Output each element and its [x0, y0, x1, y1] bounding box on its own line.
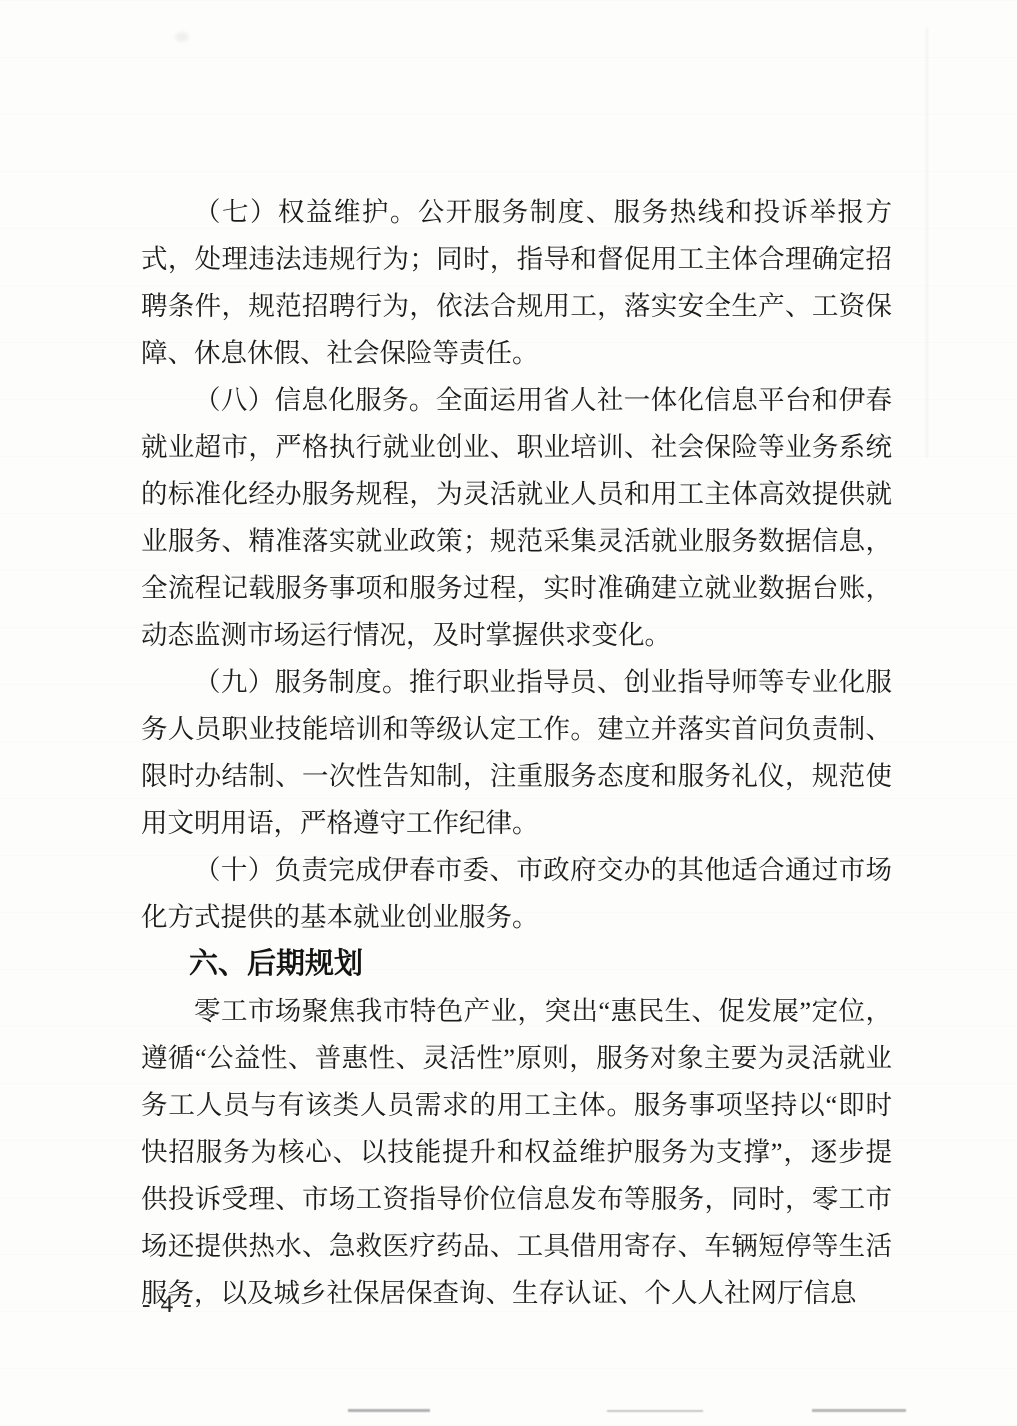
body-paragraph: （八）信息化服务。全面运用省人社一体化信息平台和伊春就业超市，严格执行就业创业、…: [141, 377, 892, 659]
section-heading: 六、后期规划: [141, 941, 892, 988]
scan-artifact: [607, 1410, 703, 1412]
scan-artifact: [812, 1409, 906, 1412]
scan-artifact: [348, 1409, 430, 1412]
scanned-document-page: （七）权益维护。公开服务制度、服务热线和投诉举报方式，处理违法违规行为；同时，指…: [0, 0, 1017, 1426]
scan-artifact: [926, 28, 928, 458]
scan-artifact: [175, 32, 189, 42]
document-body: （七）权益维护。公开服务制度、服务热线和投诉举报方式，处理违法违规行为；同时，指…: [141, 189, 892, 1317]
body-paragraph: 零工市场聚焦我市特色产业，突出“惠民生、促发展”定位，遵循“公益性、普惠性、灵活…: [141, 988, 892, 1317]
body-paragraph: （九）服务制度。推行职业指导员、创业指导师等专业化服务人员职业技能培训和等级认定…: [141, 659, 892, 847]
page-number: - 4 -: [142, 1290, 194, 1320]
body-paragraph: （十）负责完成伊春市委、市政府交办的其他适合通过市场化方式提供的基本就业创业服务…: [141, 847, 892, 941]
body-paragraph: （七）权益维护。公开服务制度、服务热线和投诉举报方式，处理违法违规行为；同时，指…: [141, 189, 892, 377]
